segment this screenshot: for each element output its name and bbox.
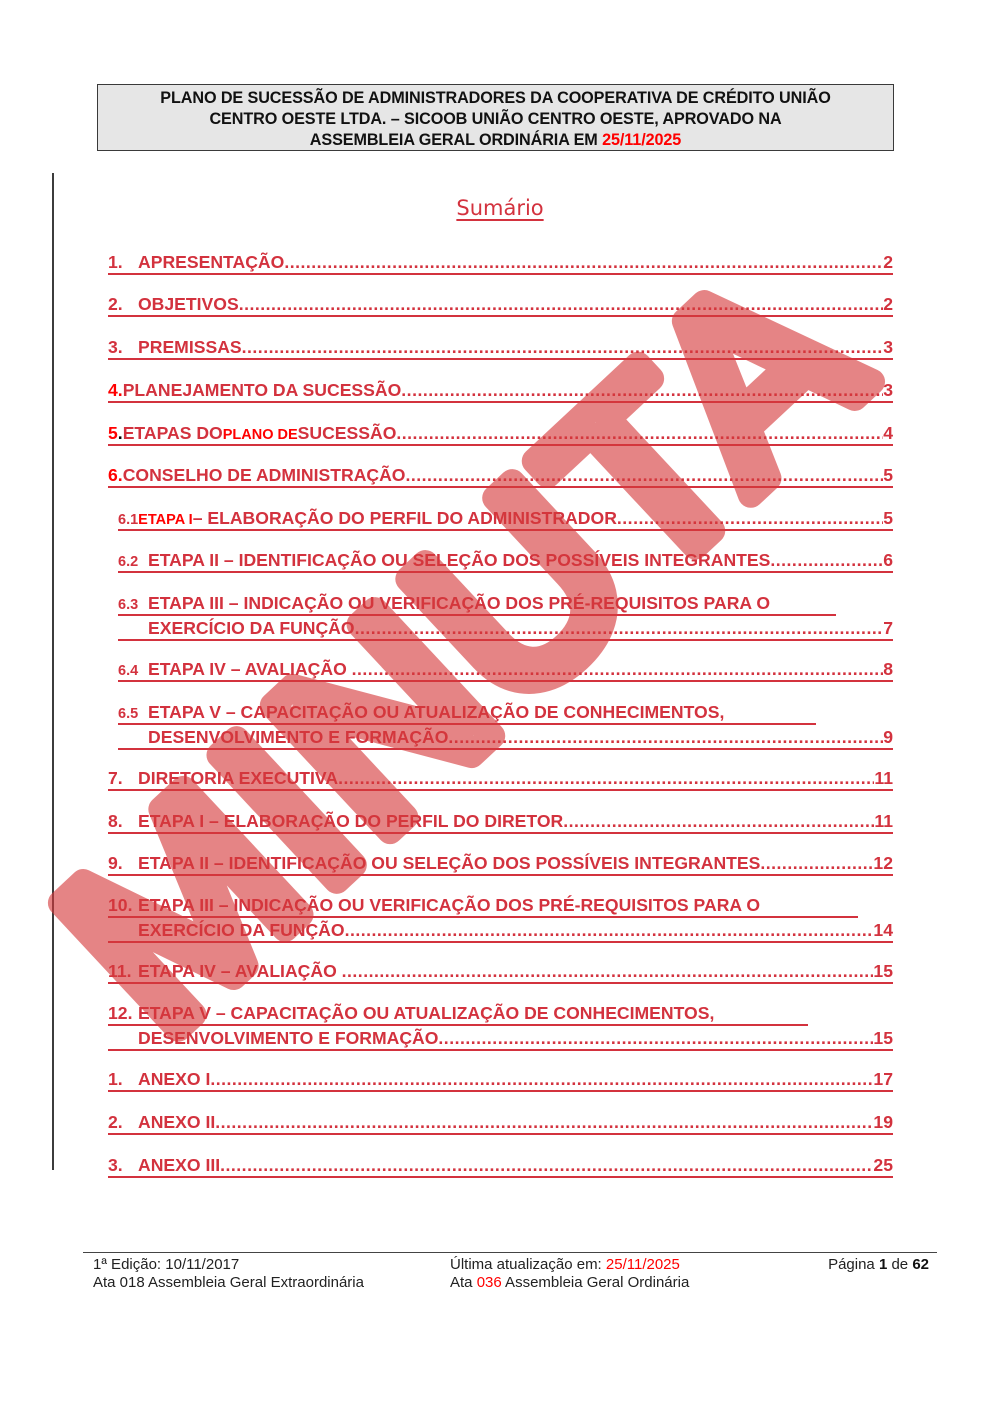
toc-text: ETAPA IV – AVALIAÇÃO — [138, 959, 342, 984]
toc-text: PREMISSAS — [138, 335, 242, 360]
page-footer: 1ª Edição: 10/11/2017 Ata 018 Assembleia… — [83, 1252, 937, 1253]
toc-text: ANEXO II — [138, 1110, 215, 1135]
toc-num: 2. — [108, 292, 138, 317]
toc-text: – ELABORAÇÃO DO PERFIL DO ADMINISTRADOR — [193, 506, 617, 531]
toc-text-highlight: PLANO DE — [223, 423, 298, 446]
toc-leader — [345, 918, 874, 943]
toc-text: SUCESSÃO — [298, 421, 397, 446]
toc-text: CONSELHO DE ADMINISTRAÇÃO — [123, 463, 406, 488]
toc-leader — [220, 1153, 873, 1178]
toc-entry-apresentacao[interactable]: 1.APRESENTAÇÃO2 — [108, 250, 893, 275]
toc-entry-11[interactable]: 11.ETAPA IV – AVALIAÇÃO 15 — [108, 959, 893, 984]
toc-num: 5 — [108, 421, 118, 446]
toc-entry-6-4[interactable]: 6.4ETAPA IV – AVALIAÇÃO 8 — [118, 657, 893, 682]
toc-leader — [210, 1067, 873, 1092]
toc-entry-premissas[interactable]: 3.PREMISSAS3 — [108, 335, 893, 360]
toc-num: 6. — [108, 463, 123, 488]
toc-num: 8. — [108, 809, 138, 834]
toc-text: ANEXO I — [138, 1067, 210, 1092]
toc-page: 4 — [883, 421, 893, 446]
toc-entry-9[interactable]: 9.ETAPA II – IDENTIFICAÇÃO OU SELEÇÃO DO… — [108, 851, 893, 876]
toc-text: ETAPA III – INDICAÇÃO OU VERIFICAÇÃO DOS… — [148, 591, 770, 616]
toc-text: ETAPA V – CAPACITAÇÃO OU ATUALIZAÇÃO DE … — [148, 700, 724, 725]
ata-number: 036 — [477, 1274, 502, 1291]
toc-page: 5 — [883, 463, 893, 488]
toc-text: ANEXO III — [138, 1153, 220, 1178]
toc-entry-6-3[interactable]: 6.3ETAPA III – INDICAÇÃO OU VERIFICAÇÃO … — [118, 591, 893, 641]
toc-text: ETAPA I – ELABORAÇÃO DO PERFIL DO DIRETO… — [138, 809, 563, 834]
toc-text: DIRETORIA EXECUTIVA — [138, 766, 338, 791]
header-line-3-text: ASSEMBLEIA GERAL ORDINÁRIA EM — [310, 131, 602, 149]
toc-leader — [396, 421, 883, 446]
toc-leader — [438, 1026, 873, 1051]
toc-text: ETAPAS DO — [123, 421, 223, 446]
edition-date: 1ª Edição: 10/11/2017 — [93, 1256, 364, 1274]
toc-text: EXERCÍCIO DA FUNÇÃO — [148, 616, 355, 641]
toc-num: 4. — [108, 378, 123, 403]
page-label: Página — [828, 1256, 879, 1273]
toc-text: APRESENTAÇÃO — [138, 250, 284, 275]
last-update-label: Última atualização em: — [450, 1256, 606, 1273]
toc-page: 19 — [873, 1110, 893, 1135]
toc-leader — [401, 378, 883, 403]
toc-entry-anexo-2[interactable]: 2.ANEXO II19 — [108, 1110, 893, 1135]
ata-label: Ata — [450, 1274, 477, 1291]
total-pages: 62 — [912, 1256, 929, 1273]
toc-leader — [342, 959, 874, 984]
toc-leader — [355, 616, 884, 641]
toc-page: 8 — [883, 657, 893, 682]
toc-entry-6-5[interactable]: 6.5ETAPA V – CAPACITAÇÃO OU ATUALIZAÇÃO … — [118, 700, 893, 750]
toc-leader — [352, 657, 884, 682]
header-line-2: CENTRO OESTE LTDA. – SICOOB UNIÃO CENTRO… — [98, 109, 893, 130]
toc-text: ETAPA II – IDENTIFICAÇÃO OU SELEÇÃO DOS … — [138, 851, 760, 876]
toc-text: DESENVOLVIMENTO E FORMAÇÃO — [138, 1026, 438, 1051]
toc-page: 12 — [873, 851, 893, 876]
toc-leader — [406, 463, 884, 488]
toc-title: Sumário — [0, 196, 1000, 220]
toc-page: 11 — [874, 766, 893, 791]
toc-entry-etapas[interactable]: 5.ETAPAS DO PLANO DE SUCESSÃO4 — [108, 421, 893, 446]
toc-num: 1. — [108, 250, 138, 275]
document-header: PLANO DE SUCESSÃO DE ADMINISTRADORES DA … — [97, 84, 894, 151]
toc-leader — [239, 292, 884, 317]
toc-num: 9. — [108, 851, 138, 876]
toc-text: OBJETIVOS — [138, 292, 239, 317]
toc-text-highlight: ETAPA I — [138, 508, 193, 531]
toc-text: ETAPA IV – AVALIAÇÃO — [148, 657, 352, 682]
toc-page: 7 — [883, 616, 893, 641]
toc-entry-6-1[interactable]: 6.1 ETAPA I – ELABORAÇÃO DO PERFIL DO AD… — [118, 506, 893, 531]
toc-leader — [617, 506, 883, 531]
header-line-3: ASSEMBLEIA GERAL ORDINÁRIA EM 25/11/2025 — [98, 130, 893, 151]
toc-num: 6.5 — [118, 702, 148, 725]
toc-page: 2 — [883, 250, 893, 275]
toc-text: DESENVOLVIMENTO E FORMAÇÃO — [148, 725, 448, 750]
toc-entry-anexo-1[interactable]: 1.ANEXO I17 — [108, 1067, 893, 1092]
header-line-1: PLANO DE SUCESSÃO DE ADMINISTRADORES DA … — [98, 88, 893, 109]
toc-page: 5 — [883, 506, 893, 531]
toc-page: 15 — [873, 959, 893, 984]
last-update-date: 25/11/2025 — [606, 1256, 680, 1273]
toc-num: 6.4 — [118, 659, 148, 682]
toc-entry-conselho[interactable]: 6.CONSELHO DE ADMINISTRAÇÃO5 — [108, 463, 893, 488]
toc-text: ETAPA V – CAPACITAÇÃO OU ATUALIZAÇÃO DE … — [138, 1001, 714, 1026]
page-of: de — [887, 1256, 912, 1273]
toc-leader — [242, 335, 884, 360]
toc-page: 3 — [883, 378, 893, 403]
toc-entry-12[interactable]: 12.ETAPA V – CAPACITAÇÃO OU ATUALIZAÇÃO … — [108, 1001, 893, 1051]
toc-num: 3. — [108, 1153, 138, 1178]
document-page: PLANO DE SUCESSÃO DE ADMINISTRADORES DA … — [0, 0, 1000, 1414]
toc-entry-anexo-3[interactable]: 3.ANEXO III25 — [108, 1153, 893, 1178]
toc-num: 6.2 — [118, 550, 148, 573]
toc-entry-objetivos[interactable]: 2.OBJETIVOS2 — [108, 292, 893, 317]
toc-text: PLANEJAMENTO DA SUCESSÃO — [123, 378, 402, 403]
toc-num: 1. — [108, 1067, 138, 1092]
toc-leader — [770, 548, 883, 573]
last-update: Última atualização em: 25/11/2025 — [450, 1256, 689, 1274]
toc-leader — [563, 809, 874, 834]
toc-entry-6-2[interactable]: 6.2ETAPA II – IDENTIFICAÇÃO OU SELEÇÃO D… — [118, 548, 893, 573]
toc-leader — [448, 725, 883, 750]
toc-leader — [760, 851, 873, 876]
toc-page: 2 — [883, 292, 893, 317]
toc-num: 7. — [108, 766, 138, 791]
toc-text: ETAPA III – INDICAÇÃO OU VERIFICAÇÃO DOS… — [138, 893, 760, 918]
toc-entry-planejamento[interactable]: 4.PLANEJAMENTO DA SUCESSÃO3 — [108, 378, 893, 403]
ata-extraordinaria: Ata 018 Assembleia Geral Extraordinária — [93, 1274, 364, 1292]
toc-num: 11. — [108, 959, 138, 984]
toc-text: EXERCÍCIO DA FUNÇÃO — [138, 918, 345, 943]
toc-page: 25 — [873, 1153, 893, 1178]
toc-entry-10[interactable]: 10.ETAPA III – INDICAÇÃO OU VERIFICAÇÃO … — [108, 893, 893, 943]
toc-page: 11 — [874, 809, 893, 834]
toc-page: 15 — [873, 1026, 893, 1051]
toc-num: 12. — [108, 1001, 138, 1026]
toc-leader — [215, 1110, 873, 1135]
toc-text: ETAPA II – IDENTIFICAÇÃO OU SELEÇÃO DOS … — [148, 548, 770, 573]
toc-entry-8[interactable]: 8.ETAPA I – ELABORAÇÃO DO PERFIL DO DIRE… — [108, 809, 893, 834]
change-bar — [52, 173, 54, 1170]
footer-center: Última atualização em: 25/11/2025 Ata 03… — [450, 1256, 689, 1292]
approval-date: 25/11/2025 — [602, 131, 681, 149]
toc-page: 17 — [873, 1067, 893, 1092]
toc-page: 9 — [883, 725, 893, 750]
page-number: Página 1 de 62 — [828, 1256, 929, 1274]
toc-leader — [284, 250, 883, 275]
toc-page: 6 — [883, 548, 893, 573]
toc-num: 2. — [108, 1110, 138, 1135]
toc-leader — [338, 766, 874, 791]
toc-page: 3 — [883, 335, 893, 360]
toc-page: 14 — [873, 918, 893, 943]
toc-num: 3. — [108, 335, 138, 360]
ata-ordinaria: Ata 036 Assembleia Geral Ordinária — [450, 1274, 689, 1292]
toc-num: 6.3 — [118, 593, 148, 616]
toc-num: 6.1 — [118, 508, 138, 531]
toc-num: 10. — [108, 893, 138, 918]
toc-entry-diretoria[interactable]: 7.DIRETORIA EXECUTIVA11 — [108, 766, 893, 791]
footer-left: 1ª Edição: 10/11/2017 Ata 018 Assembleia… — [93, 1256, 364, 1292]
ata-description: Assembleia Geral Ordinária — [502, 1274, 690, 1291]
